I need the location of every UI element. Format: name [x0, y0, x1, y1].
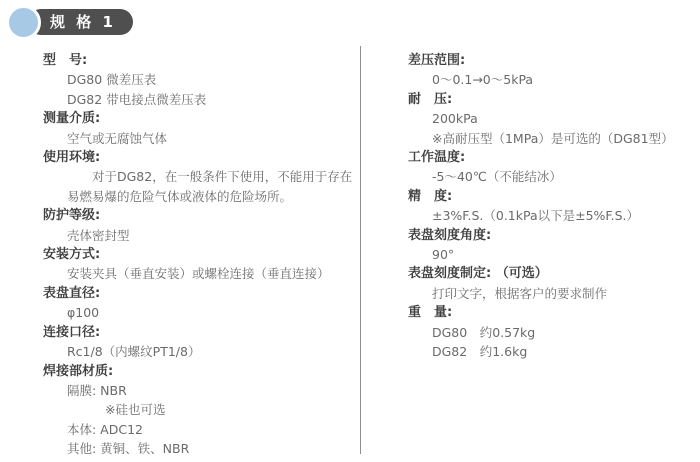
spec-page: 规 格 1 型 号: DG80 微差压表 DG82 带电接点微差压表 测量介质:…	[0, 0, 700, 462]
spec-column-left: 型 号: DG80 微差压表 DG82 带电接点微差压表 测量介质: 空气或无腐…	[43, 51, 355, 459]
spec-value: Rc1/8（内螺纹PT1/8）	[43, 342, 355, 361]
spec-title-working-temperature: 工作温度:	[408, 148, 693, 167]
spec-column-right: 差压范围: 0～0.1→0～5kPa 耐 压: 200kPa ※高耐压型（1MP…	[408, 51, 693, 362]
spec-value: 空气或无腐蚀气体	[43, 129, 355, 148]
spec-value: 本体: ADC12	[43, 420, 355, 439]
spec-value: DG80 约0.57kg	[408, 323, 693, 342]
spec-value: 对于DG82，在一般条件下使用，不能用于存在	[43, 167, 355, 186]
spec-value: 90°	[408, 245, 693, 264]
spec-title-protection: 防护等级:	[43, 206, 355, 225]
spec-title-medium: 测量介质:	[43, 109, 355, 128]
spec-value: DG82 带电接点微差压表	[43, 90, 355, 109]
spec-title-dial-diameter: 表盘直径:	[43, 284, 355, 303]
spec-value: 隔膜: NBR	[43, 381, 355, 400]
spec-value: -5～40℃（不能结冰）	[408, 167, 693, 186]
spec-title-weight: 重 量:	[408, 303, 693, 322]
spec-value: DG80 微差压表	[43, 70, 355, 89]
page-title: 规 格 1	[28, 9, 133, 35]
spec-title-connection-size: 连接口径:	[43, 323, 355, 342]
section-header-banner: 规 格 1	[28, 9, 133, 35]
spec-title-environment: 使用环境:	[43, 148, 355, 167]
spec-value: 0～0.1→0～5kPa	[408, 70, 693, 89]
column-divider	[360, 46, 361, 454]
spec-value: ±3%F.S.（0.1kPa以下是±5%F.S.）	[408, 206, 693, 225]
spec-title-pressure-resistance: 耐 压:	[408, 90, 693, 109]
spec-value: DG82 约1.6kg	[408, 342, 693, 361]
spec-value: 其他: 黄铜、铁、NBR	[43, 439, 355, 458]
header-bullet-circle	[6, 5, 41, 40]
spec-title-mounting: 安装方式:	[43, 245, 355, 264]
spec-value: 壳体密封型	[43, 226, 355, 245]
spec-value: 打印文字，根据客户的要求制作	[408, 284, 693, 303]
spec-value: φ100	[43, 303, 355, 322]
spec-value: ※高耐压型（1MPa）是可选的（DG81型）	[408, 129, 693, 148]
spec-title-accuracy: 精 度:	[408, 187, 693, 206]
spec-title-dial-scale-angle: 表盘刻度角度:	[408, 226, 693, 245]
spec-value: ※硅也可选	[43, 400, 355, 419]
spec-title-dp-range: 差压范围:	[408, 51, 693, 70]
spec-value: 安装夹具（垂直安装）或螺栓连接（垂直连接）	[43, 264, 355, 283]
spec-title-wetted-material: 焊接部材质:	[43, 362, 355, 381]
spec-value: 易燃易爆的危险气体或液体的危险场所。	[43, 187, 355, 206]
spec-title-dial-scale-custom: 表盘刻度制定: （可选）	[408, 264, 693, 283]
spec-value: 200kPa	[408, 109, 693, 128]
spec-title-model: 型 号:	[43, 51, 355, 70]
